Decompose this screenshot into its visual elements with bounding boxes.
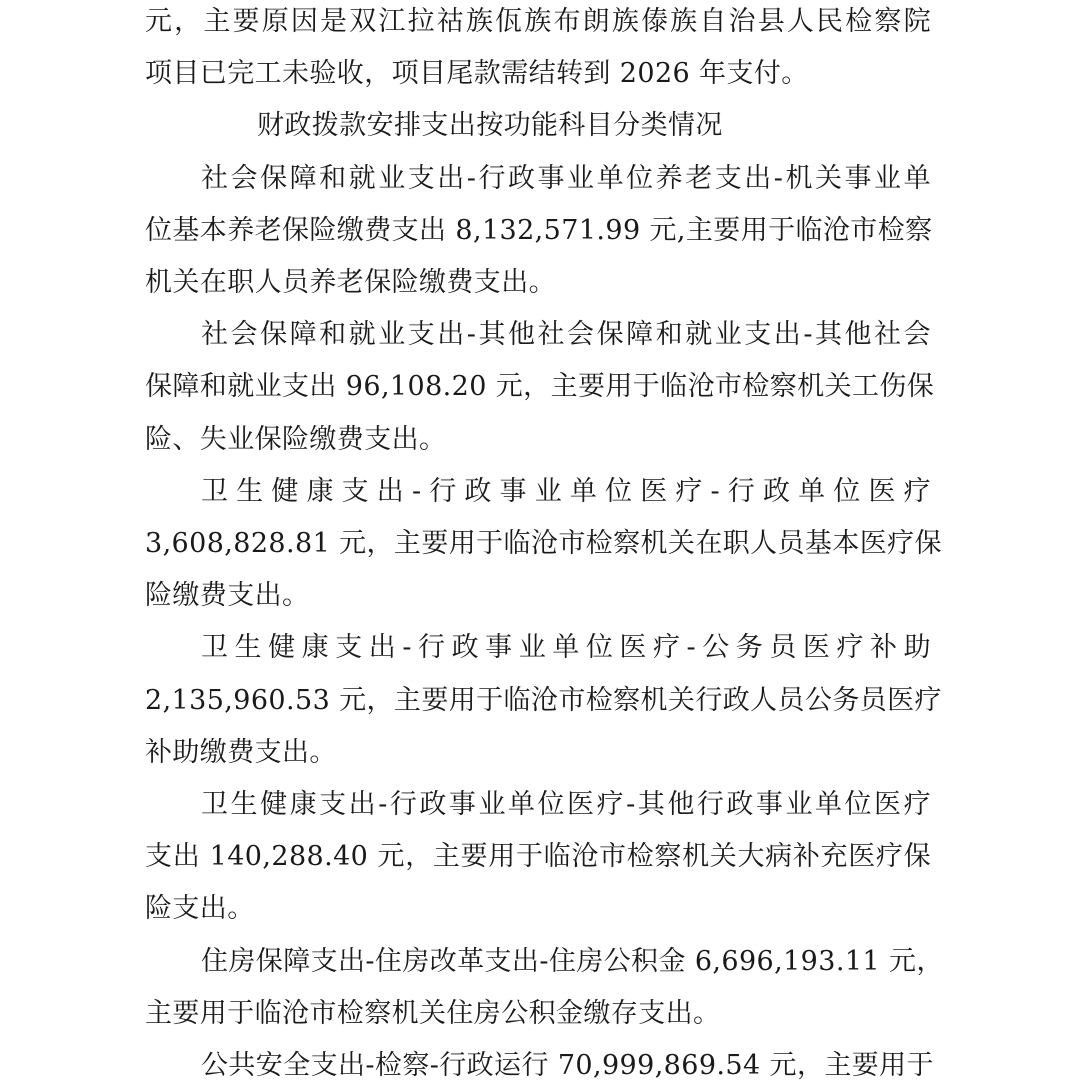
text-line: 卫生健康支出-行政事业单位医疗-其他行政事业单位医疗 — [145, 779, 931, 831]
text-line: 2,135,960.53 元，主要用于临沧市检察机关行政人员公务员医疗 — [145, 675, 931, 727]
text-line: 公共安全支出-检察-行政运行 70,999,869.54 元，主要用于 — [145, 1040, 931, 1087]
text-line: 保障和就业支出 96,108.20 元，主要用于临沧市检察机关工伤保 — [145, 361, 931, 413]
text-line: 补助缴费支出。 — [145, 727, 931, 779]
text-line: 卫生健康支出-行政事业单位医疗-行政单位医疗 — [145, 466, 931, 518]
text-line: 支出 140,288.40 元，主要用于临沧市检察机关大病补充医疗保 — [145, 831, 931, 883]
text-line: 险支出。 — [145, 883, 931, 935]
document-page: 元，主要原因是双江拉祜族佤族布朗族傣族自治县人民检察院 项目已完工未验收，项目尾… — [145, 0, 931, 1087]
paragraph-civil-servant-medical-subsidy: 卫生健康支出-行政事业单位医疗-公务员医疗补助 2,135,960.53 元，主… — [145, 622, 931, 779]
paragraph-other-medical: 卫生健康支出-行政事业单位医疗-其他行政事业单位医疗 支出 140,288.40… — [145, 779, 931, 936]
text-line: 机关在职人员养老保险缴费支出。 — [145, 257, 931, 309]
text-line: 社会保障和就业支出-其他社会保障和就业支出-其他社会 — [145, 309, 931, 361]
text-line: 社会保障和就业支出-行政事业单位养老支出-机关事业单 — [145, 153, 931, 205]
text-line: 项目已完工未验收，项目尾款需结转到 2026 年支付。 — [145, 48, 931, 100]
text-line: 主要用于临沧市检察机关住房公积金缴存支出。 — [145, 988, 931, 1040]
paragraph-pension-insurance: 社会保障和就业支出-行政事业单位养老支出-机关事业单 位基本养老保险缴费支出 8… — [145, 153, 931, 310]
text-line: 险缴费支出。 — [145, 570, 931, 622]
text-line: 元，主要原因是双江拉祜族佤族布朗族傣族自治县人民检察院 — [145, 0, 931, 48]
text-line: 住房保障支出-住房改革支出-住房公积金 6,696,193.11 元， — [145, 936, 931, 988]
text-line: 位基本养老保险缴费支出 8,132,571.99 元,主要用于临沧市检察 — [145, 205, 931, 257]
paragraph-housing-fund: 住房保障支出-住房改革支出-住房公积金 6,696,193.11 元， 主要用于… — [145, 936, 931, 1040]
paragraph-carryover-note: 元，主要原因是双江拉祜族佤族布朗族傣族自治县人民检察院 项目已完工未验收，项目尾… — [145, 0, 931, 100]
paragraph-public-security-admin: 公共安全支出-检察-行政运行 70,999,869.54 元，主要用于 — [145, 1040, 931, 1087]
text-line: 卫生健康支出-行政事业单位医疗-公务员医疗补助 — [145, 622, 931, 674]
section-heading: 财政拨款安排支出按功能科目分类情况 — [145, 100, 931, 152]
paragraph-other-social-security: 社会保障和就业支出-其他社会保障和就业支出-其他社会 保障和就业支出 96,10… — [145, 309, 931, 466]
text-line: 3,608,828.81 元，主要用于临沧市检察机关在职人员基本医疗保 — [145, 518, 931, 570]
heading-text: 财政拨款安排支出按功能科目分类情况 — [201, 100, 931, 152]
text-line: 险、失业保险缴费支出。 — [145, 414, 931, 466]
paragraph-admin-medical: 卫生健康支出-行政事业单位医疗-行政单位医疗 3,608,828.81 元，主要… — [145, 466, 931, 623]
